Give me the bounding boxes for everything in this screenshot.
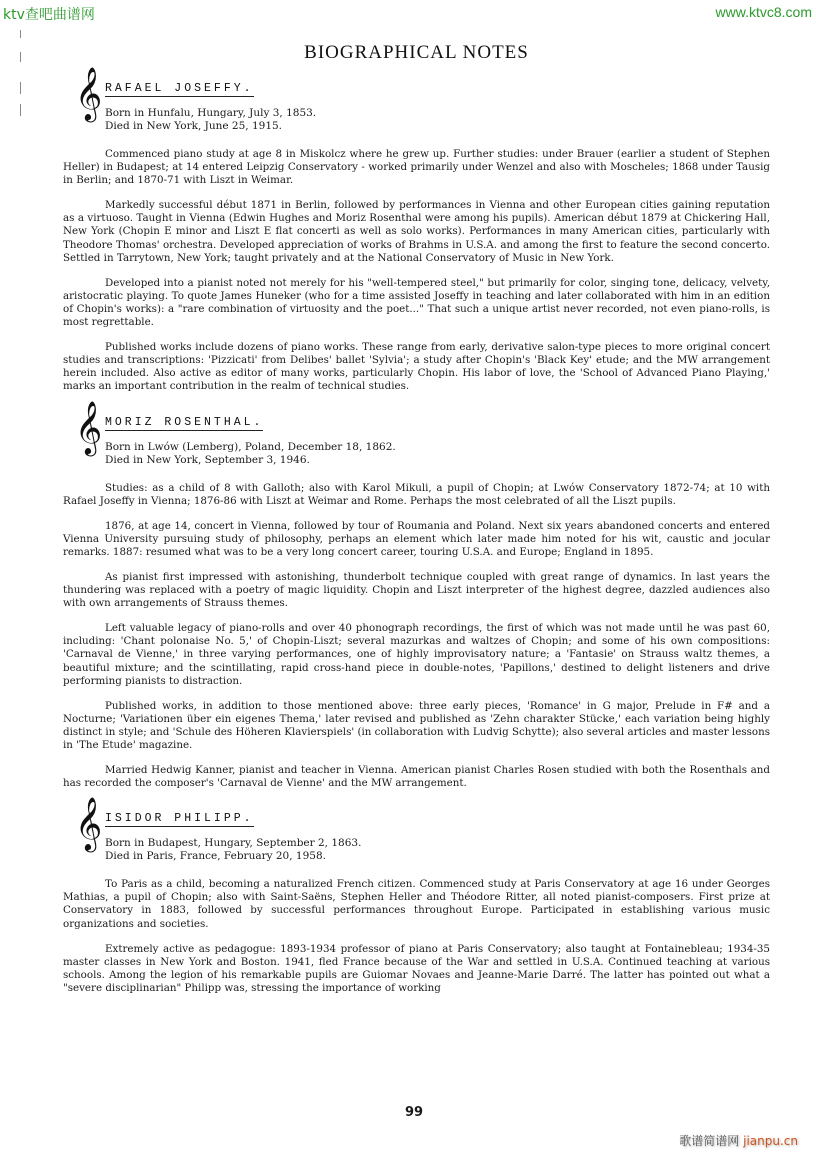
treble-clef-icon: 𝄞 <box>75 70 102 116</box>
paragraph: To Paris as a child, becoming a naturali… <box>63 878 770 930</box>
paragraph: Markedly successful début 1871 in Berlin… <box>63 199 770 264</box>
watermark-bottom-cn: 歌谱简谱网 <box>679 1134 739 1148</box>
paragraph: As pianist first impressed with astonish… <box>63 571 770 610</box>
born-line: Born in Lwów (Lemberg), Poland, December… <box>105 441 770 454</box>
entry-header: 𝄞 ISIDOR PHILIPP. Born in Budapest, Hung… <box>63 806 770 864</box>
entry-name: MORIZ ROSENTHAL. <box>105 416 263 431</box>
page-title: BIOGRAPHICAL NOTES <box>63 42 770 64</box>
watermark-bottom: 歌谱简谱网 jianpu.cn <box>679 1132 798 1149</box>
treble-clef-icon: 𝄞 <box>75 800 102 846</box>
born-line: Born in Budapest, Hungary, September 2, … <box>105 837 770 850</box>
page-number: 99 <box>405 1105 423 1120</box>
paragraph: Commenced piano study at age 8 in Miskol… <box>63 148 770 187</box>
paragraph: Married Hedwig Kanner, pianist and teach… <box>63 764 770 790</box>
watermark-top-left: ktv查吧曲谱网 <box>3 4 95 24</box>
treble-clef-icon: 𝄞 <box>75 404 102 450</box>
paragraph: 1876, at age 14, concert in Vienna, foll… <box>63 520 770 559</box>
margin-mark <box>20 52 21 62</box>
margin-mark <box>20 30 21 38</box>
entry-dates: Born in Budapest, Hungary, September 2, … <box>105 837 770 863</box>
entry-header: 𝄞 RAFAEL JOSEFFY. Born in Hunfalu, Hunga… <box>63 76 770 134</box>
paragraph: Developed into a pianist noted not merel… <box>63 277 770 329</box>
biography-entry: 𝄞 MORIZ ROSENTHAL. Born in Lwów (Lemberg… <box>63 410 770 791</box>
died-line: Died in New York, September 3, 1946. <box>105 454 770 467</box>
watermark-bottom-latin: jianpu.cn <box>743 1134 798 1148</box>
margin-mark <box>20 82 21 94</box>
paragraph: Studies: as a child of 8 with Galloth; a… <box>63 482 770 508</box>
paragraph: Extremely active as pedagogue: 1893-1934… <box>63 943 770 995</box>
paragraph: Left valuable legacy of piano-rolls and … <box>63 622 770 687</box>
entry-header: 𝄞 MORIZ ROSENTHAL. Born in Lwów (Lemberg… <box>63 410 770 468</box>
born-line: Born in Hunfalu, Hungary, July 3, 1853. <box>105 107 770 120</box>
paragraph: Published works include dozens of piano … <box>63 341 770 393</box>
biography-entry: 𝄞 RAFAEL JOSEFFY. Born in Hunfalu, Hunga… <box>63 76 770 394</box>
watermark-top-right: www.ktvc8.com <box>716 4 812 20</box>
died-line: Died in New York, June 25, 1915. <box>105 120 770 133</box>
paragraph: Published works, in addition to those me… <box>63 700 770 752</box>
entry-name: ISIDOR PHILIPP. <box>105 812 254 827</box>
margin-mark <box>20 104 21 116</box>
entry-name: RAFAEL JOSEFFY. <box>105 82 254 97</box>
document-page: BIOGRAPHICAL NOTES 𝄞 RAFAEL JOSEFFY. Bor… <box>63 40 770 1007</box>
entry-dates: Born in Hunfalu, Hungary, July 3, 1853. … <box>105 107 770 133</box>
biography-entry: 𝄞 ISIDOR PHILIPP. Born in Budapest, Hung… <box>63 806 770 995</box>
entry-dates: Born in Lwów (Lemberg), Poland, December… <box>105 441 770 467</box>
died-line: Died in Paris, France, February 20, 1958… <box>105 850 770 863</box>
